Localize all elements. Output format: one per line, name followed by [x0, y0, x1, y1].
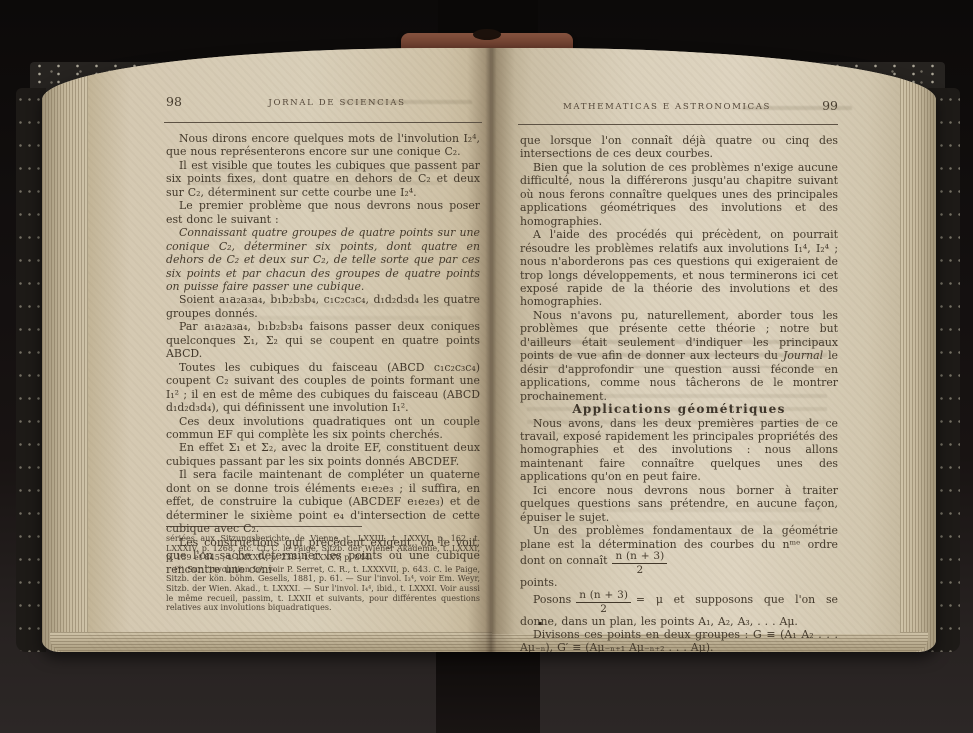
paragraph-text: Un des problèmes fondamentaux de la géom… [520, 524, 838, 567]
paragraph: Toutes les cubiques du faisceau (ABCD c₁… [166, 361, 480, 415]
fraction: n (n + 3)2 [612, 551, 667, 576]
paragraph: Divisons ces points en deux groupes : G … [520, 628, 838, 652]
paragraph: Nous dirons encore quelques mots de l'in… [166, 132, 480, 159]
fraction-numerator: n (n + 3) [576, 590, 631, 602]
paragraph: Il est visible que toutes les cubiques q… [166, 159, 480, 199]
paragraph-italic: Connaissant quatre groupes de quatre poi… [166, 226, 480, 293]
fraction-denominator: 2 [576, 602, 631, 615]
paragraph-with-fraction: Un des problèmes fondamentaux de la géom… [520, 524, 838, 576]
signature-mark: ▪ [538, 620, 542, 627]
paragraph: Par a₁a₂a₃a₄, b₁b₂b₃b₄ faisons passer de… [166, 320, 480, 360]
left-head-rule [164, 122, 482, 123]
paragraph-with-fraction: Posonsn (n + 3)2= μ et supposons que l'o… [520, 590, 838, 628]
left-page-text: Nous dirons encore quelques mots de l'in… [166, 132, 480, 576]
paragraph: En effet Σ₁ et Σ₂, avec la droite EF, co… [166, 441, 480, 468]
bleed-through [742, 106, 852, 115]
fraction: n (n + 3)2 [576, 590, 631, 615]
paragraph: Le premier problème que nous devrons nou… [166, 199, 480, 226]
fraction-denominator: 2 [612, 563, 667, 576]
photo-backdrop: 98 JORNAL DE SCIENCIAS Nous dirons encor… [0, 0, 973, 733]
left-fore-edge [42, 48, 88, 652]
paragraph: Ici encore nous devrons nous borner à tr… [520, 484, 838, 524]
paragraph: Soient a₁a₂a₃a₄, b₁b₂b₃b₄, c₁c₂c₃c₄, d₁d… [166, 293, 480, 320]
section-heading: Applications géométriques [520, 403, 838, 416]
paragraph: Nous n'avons pu, naturellement, aborder … [520, 309, 838, 403]
right-fore-edge [900, 48, 936, 652]
bleed-through [342, 100, 472, 110]
book-spine-bottom-shadow [436, 650, 540, 733]
journal-italic: Journal [783, 349, 823, 362]
right-head-rule [518, 124, 838, 125]
paragraph: Nous avons, dans les deux premières part… [520, 417, 838, 484]
footnote: sériées aux Sitzungsberichte de Vienne, … [166, 534, 480, 563]
fraction-numerator: n (n + 3) [612, 551, 667, 563]
paragraph: Bien que la solution de ces problèmes n'… [520, 161, 838, 228]
open-book-pages: 98 JORNAL DE SCIENCIAS Nous dirons encor… [42, 48, 936, 652]
left-page-footnotes: sériées aux Sitzungsberichte de Vienne, … [166, 534, 480, 613]
paragraph: points. [520, 576, 838, 589]
paragraph: Il sera facile maintenant de compléter u… [166, 468, 480, 535]
paragraph: Ces deux involutions quadratiques ont un… [166, 415, 480, 442]
paragraph: que lorsque l'on connaît déjà quatre ou … [520, 134, 838, 161]
footnote: (*) Sur l'involution I₂⁴, voir P. Serret… [166, 565, 480, 613]
paragraph-text: Posons [533, 593, 571, 606]
right-page-text: que lorsque l'on connaît déjà quatre ou … [520, 134, 838, 652]
paragraph: A l'aide des procédés qui précèdent, on … [520, 228, 838, 309]
